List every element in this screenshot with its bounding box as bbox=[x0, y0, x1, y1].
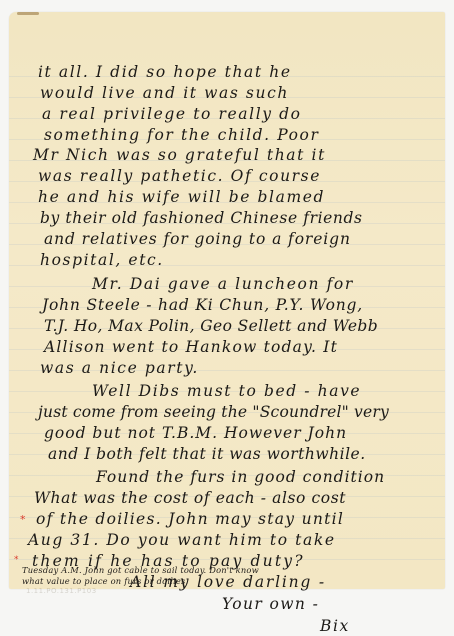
letter-line: just come from seeing the "Scoundrel" ve… bbox=[38, 402, 389, 422]
letter-line: Found the furs in good condition bbox=[96, 467, 385, 487]
letter-line: something for the child. Poor bbox=[44, 125, 320, 145]
letter-line: he and his wife will be blamed bbox=[38, 187, 325, 207]
letter-line: John Steele - had Ki Chun, P.Y. Wong, bbox=[42, 295, 363, 315]
letter-line: would live and it was such bbox=[40, 83, 289, 103]
letter-line: Mr Nich was so grateful that it bbox=[33, 145, 326, 165]
letter-line: good but not T.B.M. However John bbox=[44, 423, 347, 443]
footnote-asterisk-icon: * bbox=[14, 555, 19, 566]
letter-line: T.J. Ho, Max Polin, Geo Sellett and Webb bbox=[44, 316, 378, 336]
footnote-line: Tuesday A.M. John got cable to sail toda… bbox=[22, 565, 259, 575]
letter-line: it all. I did so hope that he bbox=[38, 62, 292, 82]
letter-line: and relatives for going to a foreign bbox=[44, 229, 351, 249]
letter-line: Aug 31. Do you want him to take bbox=[28, 530, 336, 550]
letter-line: a real privilege to really do bbox=[42, 104, 302, 124]
letter-line: What was the cost of each - also cost bbox=[34, 488, 346, 508]
letter-line: was really pathetic. Of course bbox=[38, 166, 321, 186]
footnote-line: what value to place on furs or doilies. bbox=[22, 576, 188, 586]
letter-line: Allison went to Hankow today. It bbox=[44, 337, 338, 357]
letter-line: and I both felt that it was worthwhile. bbox=[48, 444, 366, 464]
closing-signature: Your own - bbox=[222, 594, 319, 600]
letter-line: of the doilies. John may stay until bbox=[36, 509, 344, 529]
letter-line: was a nice party. bbox=[40, 358, 199, 378]
letter-line: hospital, etc. bbox=[40, 250, 164, 270]
letter-line: Mr. Dai gave a luncheon for bbox=[92, 274, 354, 294]
letter-line: by their old fashioned Chinese friends bbox=[40, 208, 363, 228]
archive-stamp: 1.11.PO.131.P103 bbox=[26, 587, 97, 595]
asterisk-marker-icon: * bbox=[20, 514, 26, 525]
letter-line: Well Dibs must to bed - have bbox=[92, 381, 361, 401]
